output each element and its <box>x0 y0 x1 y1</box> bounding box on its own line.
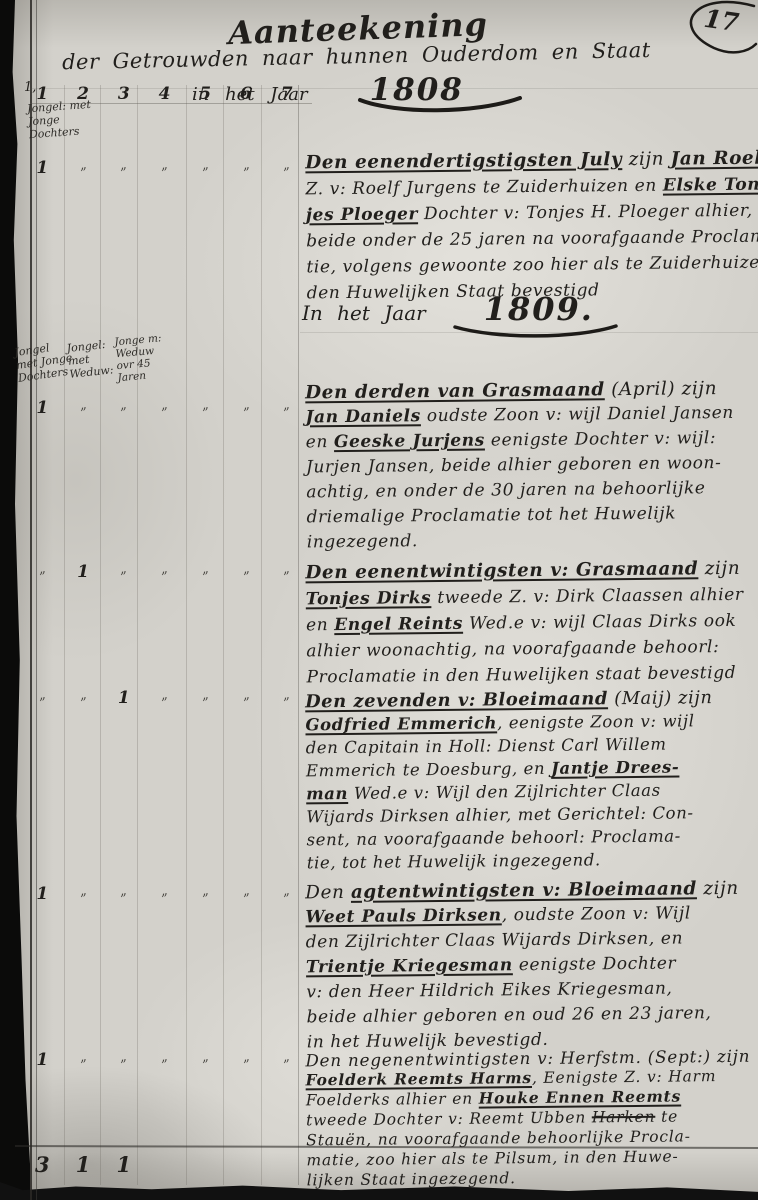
ditto-mark: „ <box>102 394 146 422</box>
ditto-mark: „ <box>265 1046 309 1074</box>
column-number: 7 <box>266 84 307 104</box>
tally-mark: 1 <box>22 884 63 904</box>
ditto-mark: „ <box>61 394 105 422</box>
ditto-mark: „ <box>61 154 105 182</box>
column-number: 4 <box>144 84 185 104</box>
entry-1809-may-2: Den agtentwintigsten v: Bloeimaand zijnW… <box>305 876 758 1056</box>
ditto-mark: „ <box>265 684 309 712</box>
ditto-mark: „ <box>61 684 105 712</box>
entry-line: den Huwelijken Staat bevestigd <box>307 276 758 307</box>
ditto-mark: „ <box>224 394 268 422</box>
ditto-mark: „ <box>102 1046 146 1074</box>
tally-row: 1„„„„„„ <box>22 1050 307 1070</box>
tally-mark <box>144 1152 185 1177</box>
tally-row: 1„„„„„„ <box>22 158 307 178</box>
tally-row: „„1„„„„ <box>22 688 307 708</box>
ditto-mark: „ <box>143 880 187 908</box>
ditto-mark: „ <box>143 684 187 712</box>
ditto-mark: „ <box>102 880 146 908</box>
column-grid-line <box>100 85 101 1185</box>
entry-line: achtig, en onder de 30 jaren na behoorli… <box>306 476 758 506</box>
entry-line: tie, tot het Huwelijk ingezegend. <box>307 847 758 875</box>
tally-mark: 1 <box>22 158 63 178</box>
page-subtitle: der Getrouwden naar hunnen Ouderdom en S… <box>62 38 662 75</box>
flourish-under-1809 <box>452 324 620 342</box>
entry-1809-april: Den derden van Grasmaand (April) zijnJan… <box>305 376 758 556</box>
ditto-mark: „ <box>183 684 227 712</box>
flourish-under-1808 <box>356 96 526 116</box>
tally-mark: 1 <box>22 1050 63 1070</box>
entry-line: tie, volgens gewoonte zoo hier als te Zu… <box>306 250 758 281</box>
column-grid-line <box>298 85 299 1185</box>
ditto-mark: „ <box>143 394 187 422</box>
tally-row: 1„„„„„„ <box>22 398 307 418</box>
ditto-mark: „ <box>61 880 105 908</box>
ditto-mark: „ <box>20 558 64 586</box>
ditto-mark: „ <box>224 1046 268 1074</box>
ditto-mark: „ <box>143 1046 187 1074</box>
tally-mark <box>226 1152 267 1177</box>
ditto-mark: „ <box>265 880 309 908</box>
tally-mark: 1 <box>22 398 63 418</box>
tally-row: 1„„„„„„ <box>22 884 307 904</box>
tally-mark: 1 <box>63 1152 104 1177</box>
tally-mark <box>185 1152 226 1177</box>
tally-totals-row: 311 <box>22 1152 307 1177</box>
ditto-mark: „ <box>224 154 268 182</box>
ditto-mark: „ <box>143 558 187 586</box>
ditto-mark: „ <box>143 154 187 182</box>
column-note-1809-3: Jonge m: Weduw ovr 45 Jaren <box>114 332 170 384</box>
entry-1809-may: Den zevenden v: Bloeimaand (Maij) zijnGo… <box>305 686 758 875</box>
ditto-mark: „ <box>183 154 227 182</box>
column-grid-line <box>137 85 138 1185</box>
ditto-mark: „ <box>183 558 227 586</box>
margin-rule-line-inner <box>36 0 37 1200</box>
column-number: 5 <box>185 84 226 104</box>
entry-line: Godfried Emmerich, eenigste Zoon v: wijl <box>305 709 758 737</box>
tally-row: „1„„„„„ <box>22 562 307 582</box>
ditto-mark: „ <box>224 880 268 908</box>
column-note-1808: Jongel: met Jonge Dochters <box>27 98 94 141</box>
entry-1809-september: Den negenentwintigsten v: Herfstm. (Sept… <box>305 1046 758 1191</box>
column-number: 6 <box>226 84 267 104</box>
entry-line: lijken Staat ingezegend. <box>307 1166 758 1191</box>
margin-rule-line <box>30 0 32 1200</box>
column-grid-line <box>223 85 224 1185</box>
entry-1809-april-2: Den eenentwintigsten v: Grasmaand zijnTo… <box>305 556 758 691</box>
ditto-mark: „ <box>61 1046 105 1074</box>
ditto-mark: „ <box>183 880 227 908</box>
tally-mark: 1 <box>103 1152 144 1177</box>
ditto-mark: „ <box>183 1046 227 1074</box>
column-grid-line <box>186 85 187 1185</box>
register-page: Aanteekening der Getrouwden naar hunnen … <box>0 0 758 1200</box>
column-grid-line <box>64 85 65 1185</box>
tally-mark: 3 <box>22 1152 63 1177</box>
entry-line: Wijards Dirksen alhier, met Gerichtel: C… <box>306 801 758 829</box>
entry-line: ingezegend. <box>307 526 758 556</box>
column-grid-line <box>261 85 262 1185</box>
column-number: 3 <box>103 84 144 104</box>
tally-mark <box>266 1152 307 1177</box>
ditto-mark: „ <box>102 154 146 182</box>
book-binding-shadow <box>0 0 30 1200</box>
ditto-mark: „ <box>265 558 309 586</box>
tally-mark: 1 <box>63 562 104 582</box>
ditto-mark: „ <box>224 558 268 586</box>
ditto-mark: „ <box>265 394 309 422</box>
ditto-mark: „ <box>102 558 146 586</box>
ditto-mark: „ <box>20 684 64 712</box>
page-number: 17 <box>702 4 740 38</box>
ditto-mark: „ <box>183 394 227 422</box>
ditto-mark: „ <box>224 684 268 712</box>
ditto-mark: „ <box>265 154 309 182</box>
entry-line: Weet Pauls Dirksen, oudste Zoon v: Wijl <box>305 901 758 931</box>
entry-1808-july: Den eenendertigstigsten July zijn Jan Ro… <box>305 146 758 307</box>
entry-line: beide alhier geboren en oud 26 en 23 jar… <box>306 1001 758 1031</box>
tally-mark: 1 <box>103 688 144 708</box>
